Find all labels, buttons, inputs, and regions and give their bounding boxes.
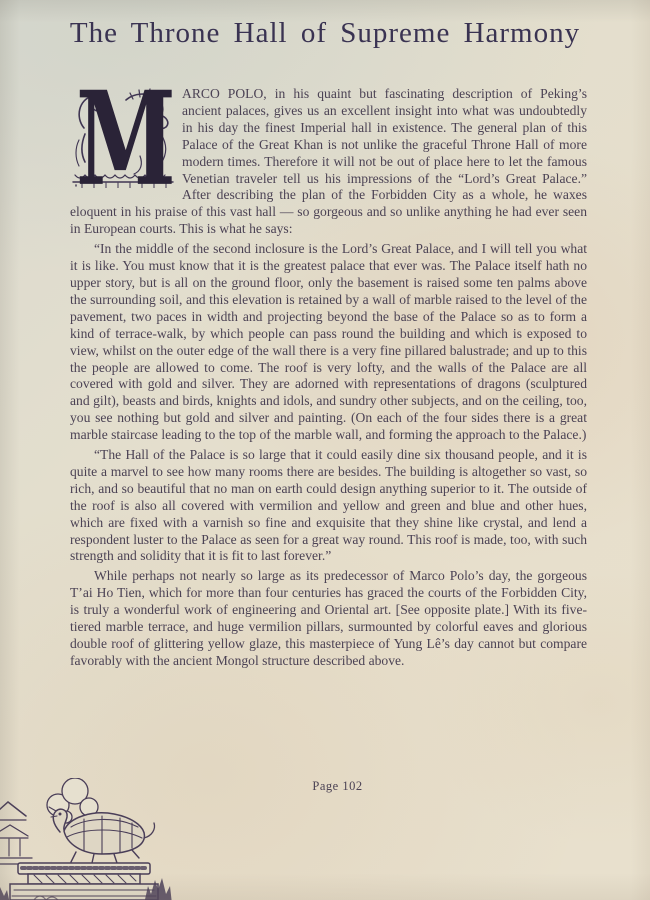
page-title: The Throne Hall of Supreme Harmony: [0, 0, 650, 50]
paragraph: M ARCO POLO, in his quaint but fascinati…: [70, 86, 587, 238]
drop-cap: M: [70, 88, 176, 188]
paragraph: “In the middle of the second inclosure i…: [70, 241, 587, 444]
drop-cap-letter: M: [76, 93, 176, 188]
paragraph: While perhaps not nearly so large as its…: [70, 568, 587, 669]
turtle-incense-burner-icon: [0, 778, 206, 900]
body-text: M ARCO POLO, in his quaint but fascinati…: [70, 86, 587, 673]
paragraph: “The Hall of the Palace is so large that…: [70, 447, 587, 565]
book-page: The Throne Hall of Supreme Harmony: [0, 0, 650, 900]
